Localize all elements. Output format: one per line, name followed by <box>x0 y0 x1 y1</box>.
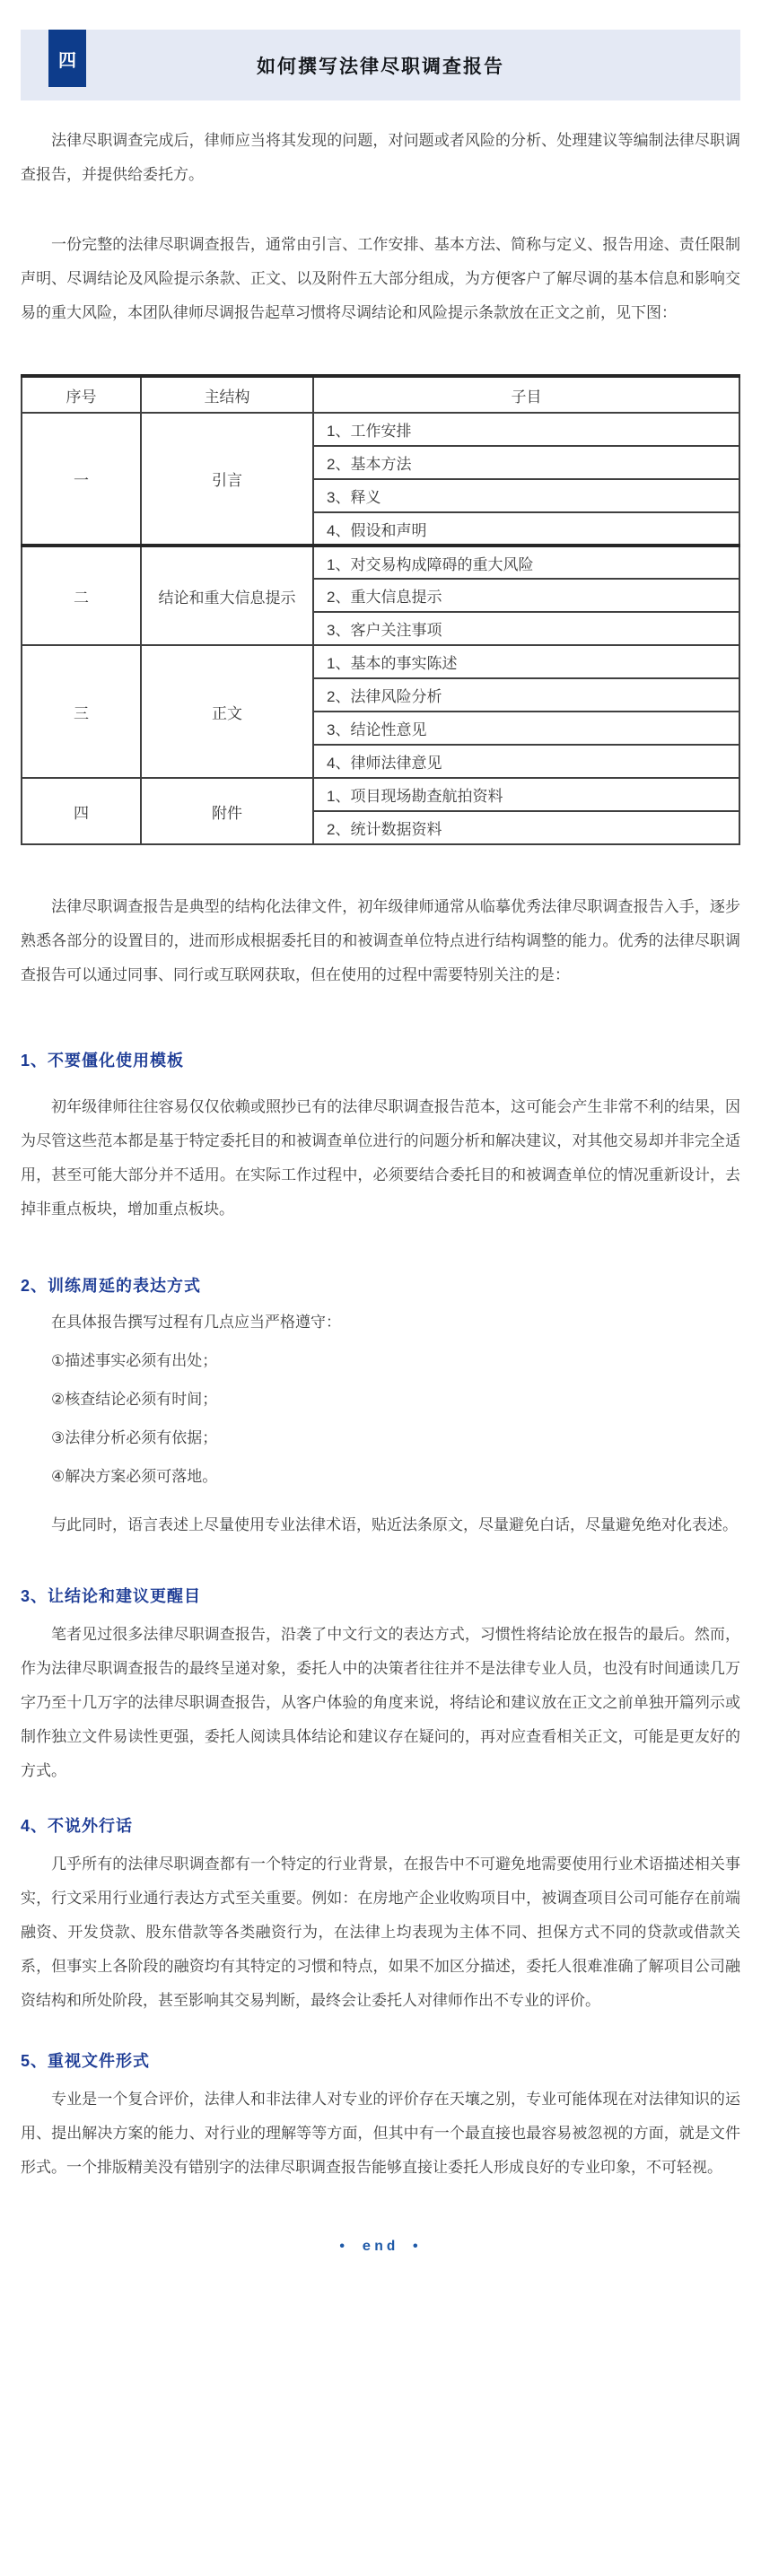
table-cell-item: 4、律师法律意见 <box>313 745 739 778</box>
section-heading-2: 2、训练周延的表达方式 <box>21 1273 740 1298</box>
section-1-body: 初年级律师往往容易仅仅依赖或照抄已有的法律尽职调查报告范本，这可能会产生非常不利… <box>21 1090 740 1227</box>
title-banner: 如何撰写法律尽职调查报告 <box>21 30 740 100</box>
report-structure-table: 序号 主结构 子目 一 引言 1、工作安排 2、基本方法 3、释义 4、假设和声… <box>21 374 740 845</box>
table-cell-item: 2、法律风险分析 <box>313 678 739 712</box>
table-cell-item: 1、基本的事实陈述 <box>313 645 739 678</box>
section-heading-3: 3、让结论和建议更醒目 <box>21 1584 740 1609</box>
rule-item-2: ②核查结论必须有时间； <box>21 1383 740 1417</box>
intro-paragraph-2: 一份完整的法律尽职调查报告，通常由引言、工作安排、基本方法、简称与定义、报告用途… <box>21 228 740 330</box>
page-title: 如何撰写法律尽职调查报告 <box>257 52 504 79</box>
table-cell-seq: 三 <box>22 645 141 778</box>
table-cell-main: 正文 <box>141 645 313 778</box>
table-cell-item: 2、统计数据资料 <box>313 811 739 844</box>
table-cell-item: 1、工作安排 <box>313 413 739 446</box>
table-cell-item: 2、基本方法 <box>313 446 739 479</box>
table-row: 三 正文 1、基本的事实陈述 <box>22 645 739 678</box>
end-mark: • end • <box>0 2239 761 2255</box>
section-3-body: 笔者见过很多法律尽职调查报告，沿袭了中文行文的表达方式，习惯性将结论放在报告的最… <box>21 1618 740 1788</box>
table-header-seq: 序号 <box>22 376 141 413</box>
table-cell-main: 附件 <box>141 778 313 844</box>
section-heading-4: 4、不说外行话 <box>21 1813 740 1838</box>
section-2-closing: 与此同时，语言表述上尽量使用专业法律术语，贴近法条原文，尽量避免白话，尽量避免绝… <box>21 1508 740 1542</box>
table-header-row: 序号 主结构 子目 <box>22 376 739 413</box>
intro-paragraph-1: 法律尽职调查完成后，律师应当将其发现的问题，对问题或者风险的分析、处理建议等编制… <box>21 124 740 192</box>
table-row: 二 结论和重大信息提示 1、对交易构成障碍的重大风险 <box>22 546 739 579</box>
rule-item-4: ④解决方案必须可落地。 <box>21 1460 740 1494</box>
section-4-body: 几乎所有的法律尽职调查都有一个特定的行业背景，在报告中不可避免地需要使用行业术语… <box>21 1847 740 2018</box>
table-cell-seq: 四 <box>22 778 141 844</box>
table-cell-main: 引言 <box>141 413 313 546</box>
table-row: 一 引言 1、工作安排 <box>22 413 739 446</box>
rule-item-1: ①描述事实必须有出处； <box>21 1344 740 1378</box>
table-cell-item: 1、项目现场勘查航拍资料 <box>313 778 739 811</box>
table-cell-item: 3、释义 <box>313 479 739 512</box>
section-number-badge: 四 <box>48 30 86 87</box>
table-header-sub: 子目 <box>313 376 739 413</box>
table-cell-main: 结论和重大信息提示 <box>141 546 313 645</box>
article-page: 四 如何撰写法律尽职调查报告 法律尽职调查完成后，律师应当将其发现的问题，对问题… <box>0 30 761 2576</box>
table-row: 四 附件 1、项目现场勘查航拍资料 <box>22 778 739 811</box>
table-cell-seq: 二 <box>22 546 141 645</box>
table-header-main: 主结构 <box>141 376 313 413</box>
table-cell-item: 3、结论性意见 <box>313 712 739 745</box>
table-cell-seq: 一 <box>22 413 141 546</box>
table-cell-item: 1、对交易构成障碍的重大风险 <box>313 546 739 579</box>
table-cell-item: 3、客户关注事项 <box>313 612 739 645</box>
table-cell-item: 2、重大信息提示 <box>313 579 739 612</box>
section-heading-5: 5、重视文件形式 <box>21 2048 740 2074</box>
section-heading-1: 1、不要僵化使用模板 <box>21 1048 740 1073</box>
section-2-intro: 在具体报告撰写过程有几点应当严格遵守： <box>21 1305 740 1340</box>
table-cell-item: 4、假设和声明 <box>313 512 739 546</box>
section-5-body: 专业是一个复合评价，法律人和非法律人对专业的评价存在天壤之别，专业可能体现在对法… <box>21 2083 740 2185</box>
after-table-paragraph: 法律尽职调查报告是典型的结构化法律文件，初年级律师通常从临摹优秀法律尽职调查报告… <box>21 890 740 992</box>
rule-item-3: ③法律分析必须有依据； <box>21 1421 740 1455</box>
